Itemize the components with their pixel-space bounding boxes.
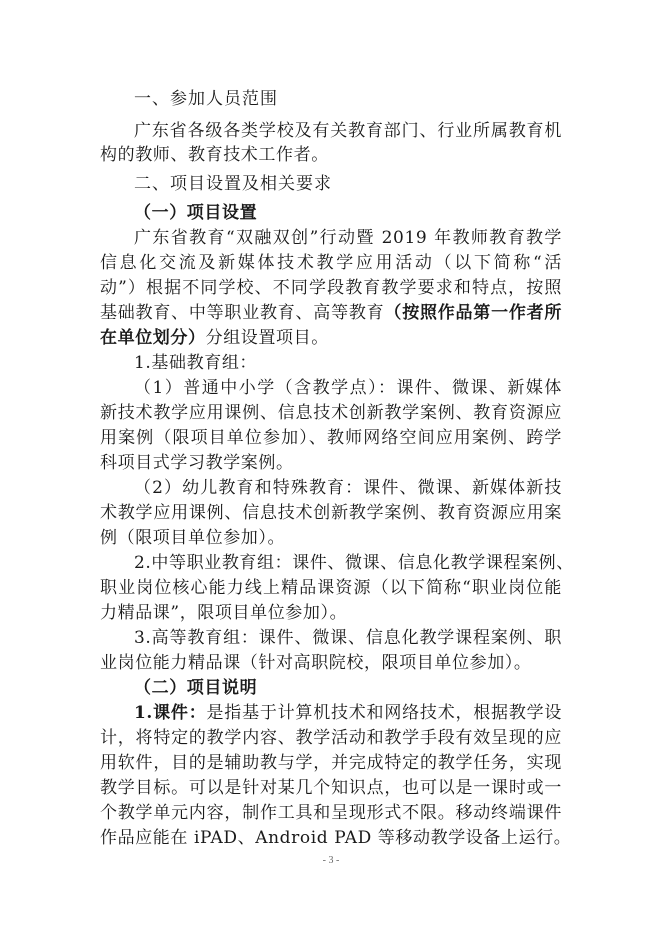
text-line: 新技术教学应用课例、信息技术创新教学案例、教育资源应 [100, 402, 562, 424]
bold-text: （按照作品第一作者所 [384, 303, 562, 323]
text-line: 术教学应用课例、信息技术创新教学案例、教育资源应用案 [100, 502, 562, 524]
text-line: 科项目式学习教学案例。 [100, 452, 294, 474]
text-line: 广东省教育“双融双创”行动暨 2019 年教师教育教学 [134, 227, 562, 249]
text-line: 构的教师、教育技术工作者。 [100, 144, 329, 166]
text-line: 基础教育、中等职业教育、高等教育（按照作品第一作者所 [100, 302, 562, 324]
section-heading: 一、参加人员范围 [134, 88, 278, 110]
section-heading: 二、项目设置及相关要求 [134, 173, 332, 195]
text-line: 力精品课”，限项目单位参加）。 [100, 602, 347, 624]
text-line: 计，将特定的教学内容、教学活动和教学手段有效呈现的应 [100, 727, 562, 749]
text-line: 广东省各级各类学校及有关教育部门、行业所属教育机 [134, 120, 562, 142]
text-line: 2.中等职业教育组：课件、微课、信息化教学课程案例、 [134, 552, 562, 574]
text-span: 分组设置项目。 [206, 328, 329, 348]
text-line: （1）普通中小学（含教学点）：课件、微课、新媒体 [134, 377, 562, 399]
text-line: 个教学单元内容，制作工具和呈现形式不限。移动终端课件 [100, 802, 562, 824]
text-line: （2）幼儿教育和特殊教育：课件、微课、新媒体新技 [134, 477, 562, 499]
text-line: 作品应能在 iPAD、Android PAD 等移动教学设备上运行。 [100, 827, 571, 849]
text-line: 教学目标。可以是针对某几个知识点，也可以是一课时或一 [100, 777, 562, 799]
text-span: 基础教育、中等职业教育、高等教育 [100, 303, 384, 323]
text-line: 用软件，目的是辅助教与学，并完成特定的教学任务，实现 [100, 752, 562, 774]
bold-text: 在单位划分） [100, 328, 206, 348]
text-line: 业岗位能力精品课（针对高职院校，限项目单位参加）。 [100, 652, 532, 674]
text-line: 1.课件：是指基于计算机技术和网络技术，根据教学设 [134, 702, 562, 724]
text-line: 职业岗位核心能力线上精品课资源（以下简称“职业岗位能 [100, 577, 562, 599]
page-number: - 3 - [0, 855, 662, 866]
text-line: 信息化交流及新媒体技术教学应用活动（以下简称“活 [100, 252, 562, 274]
text-line: 在单位划分）分组设置项目。 [100, 327, 329, 349]
text-line: 用案例（限项目单位参加）、教师网络空间应用案例、跨学 [100, 427, 562, 449]
text-line: 3.高等教育组：课件、微课、信息化教学课程案例、职 [134, 627, 562, 649]
subsection-heading: （二）项目说明 [134, 677, 257, 699]
text-line: 1.基础教育组： [134, 352, 257, 374]
subsection-heading: （一）项目设置 [134, 202, 257, 224]
bold-text: 1.课件： [134, 703, 207, 723]
text-line: 例（限项目单位参加）。 [100, 527, 285, 549]
text-span: 是指基于计算机技术和网络技术，根据教学设 [207, 703, 563, 723]
text-line: 动”）根据不同学校、不同学段教育教学要求和特点，按照 [100, 277, 562, 299]
